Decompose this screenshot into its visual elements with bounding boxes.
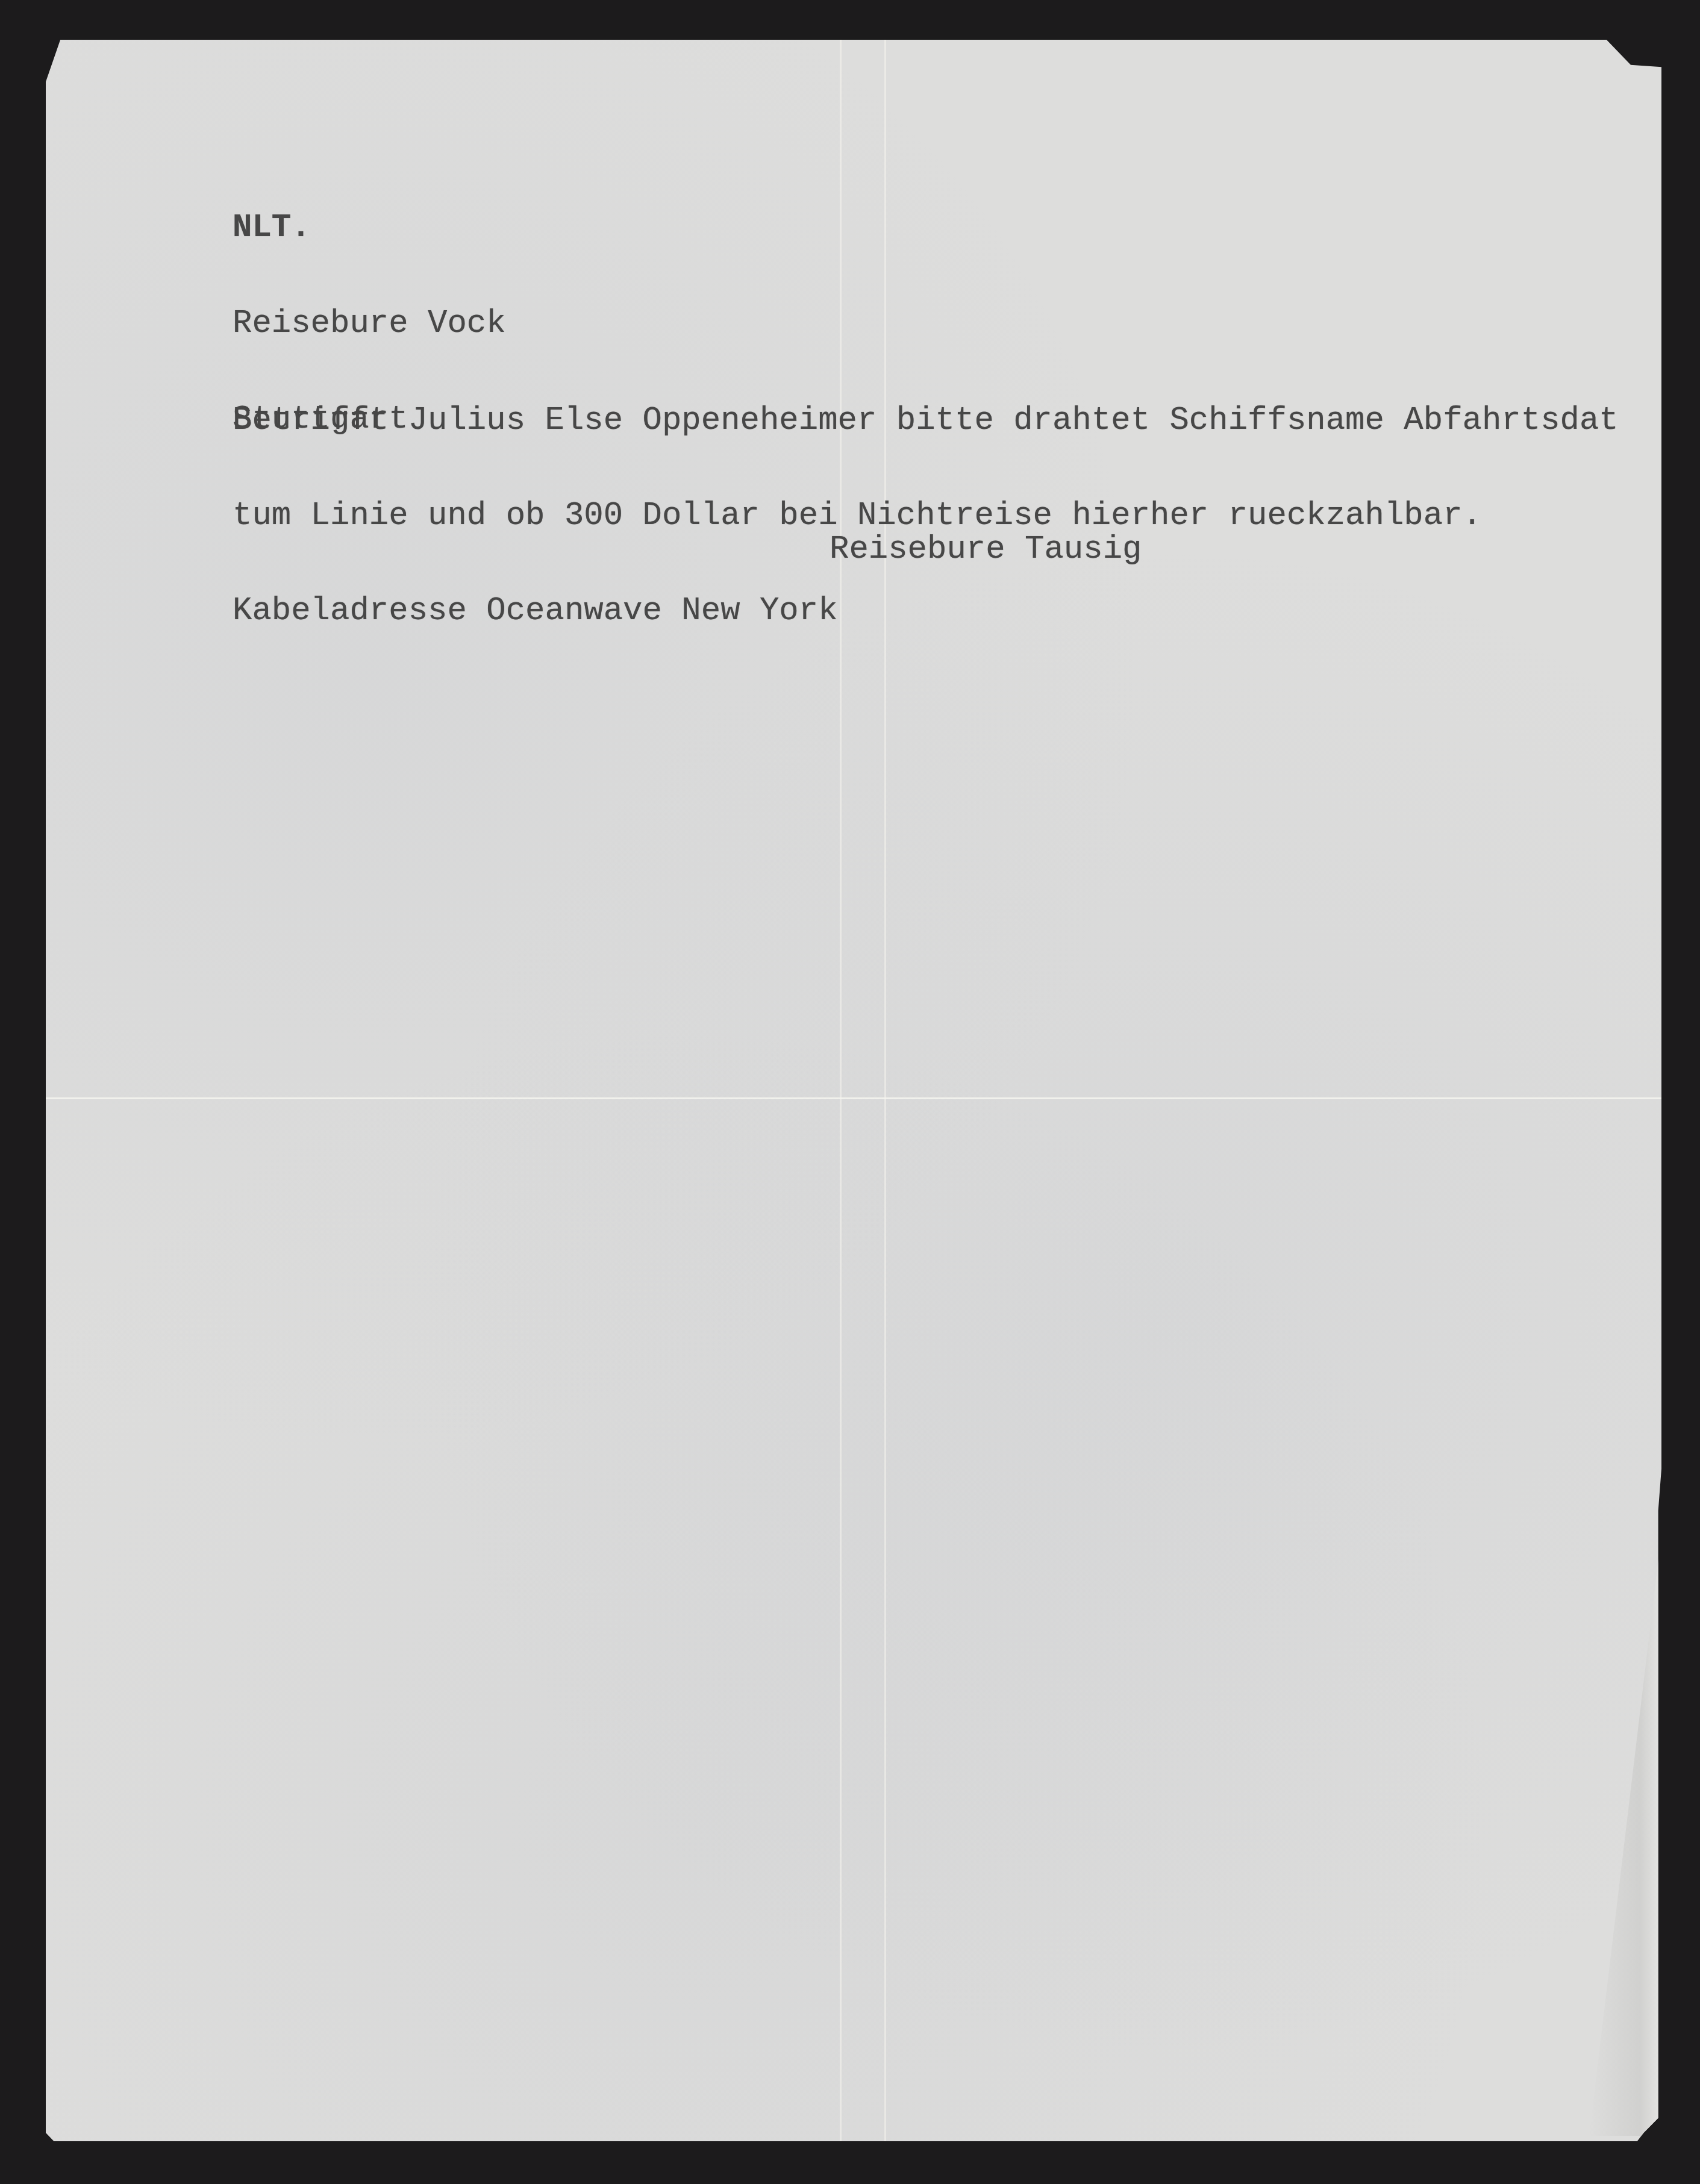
horizontal-fold-crease xyxy=(46,1097,1661,1099)
service-code: NLT. xyxy=(233,212,506,244)
curled-page-edge xyxy=(1589,1533,1661,2136)
signature: Reisebure Tausig xyxy=(830,470,1142,597)
signature-text: Reisebure Tausig xyxy=(830,534,1142,566)
message-line: Kabeladresse Oceanwave New York xyxy=(233,595,1619,626)
message-line: Betrifft Julius Else Oppeneheimer bitte … xyxy=(233,405,1619,436)
addressee-name: Reisebure Vock xyxy=(233,308,506,340)
